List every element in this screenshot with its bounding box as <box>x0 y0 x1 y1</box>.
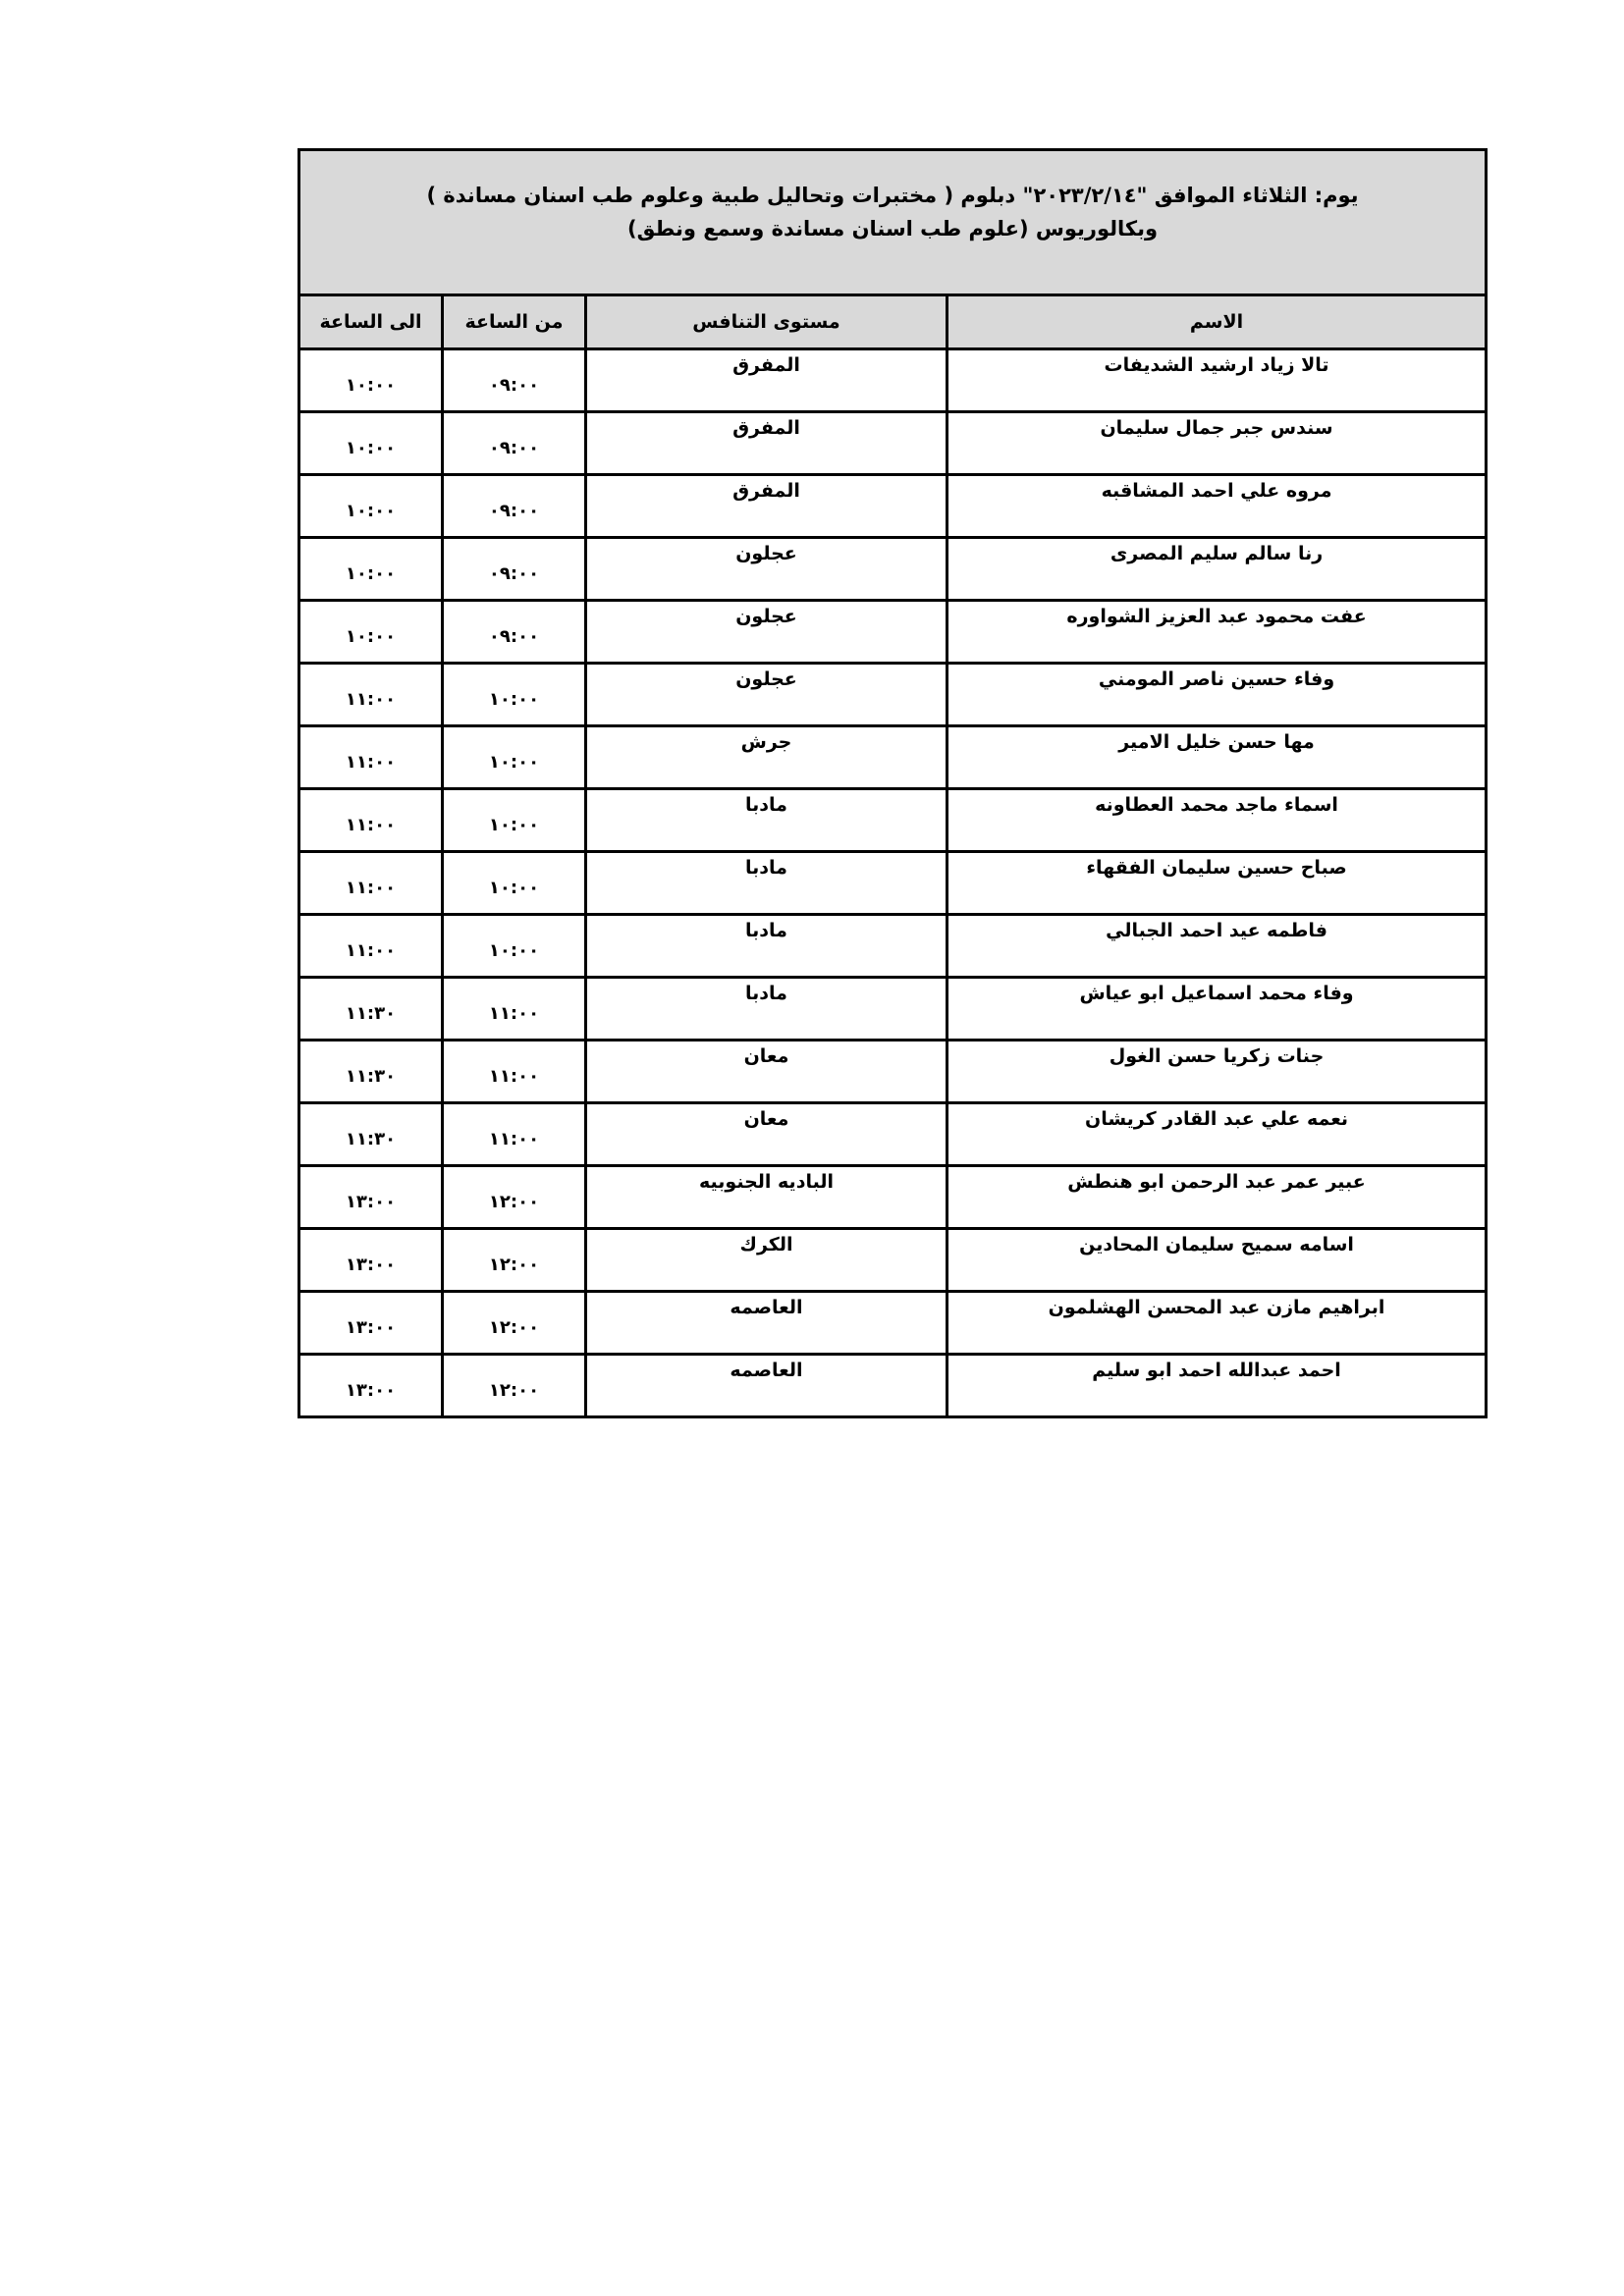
table-row: ١١:٠٠١٠:٠٠مادباصباح حسين سليمان الفقهاء <box>299 852 1487 915</box>
schedule-sheet: يوم: الثلاثاء الموافق "٢٠٢٣/٢/١٤" دبلوم … <box>298 148 1485 1418</box>
table-row: ١٠:٠٠٠٩:٠٠المفرقتالا زياد ارشيد الشديفات <box>299 349 1487 412</box>
name-cell: صباح حسين سليمان الفقهاء <box>947 852 1487 915</box>
to-time-cell: ١١:٣٠ <box>299 978 443 1041</box>
table-row: ١٣:٠٠١٢:٠٠الباديه الجنوبيهعبير عمر عبد ا… <box>299 1166 1487 1229</box>
from-time-cell: ١١:٠٠ <box>443 1103 586 1166</box>
to-time-cell: ١٣:٠٠ <box>299 1355 443 1417</box>
level-cell: الكرك <box>586 1229 947 1292</box>
level-cell: المفرق <box>586 475 947 538</box>
to-time-cell: ١٠:٠٠ <box>299 538 443 601</box>
level-cell: عجلون <box>586 664 947 726</box>
column-header-row: الى الساعة من الساعة مستوى التنافس الاسم <box>299 295 1487 349</box>
from-time-cell: ١٠:٠٠ <box>443 852 586 915</box>
name-cell: فاطمه عيد احمد الجبالي <box>947 915 1487 978</box>
from-time-cell: ١٠:٠٠ <box>443 789 586 852</box>
table-row: ١١:٠٠١٠:٠٠مادبافاطمه عيد احمد الجبالي <box>299 915 1487 978</box>
name-cell: اسماء ماجد محمد العطاونه <box>947 789 1487 852</box>
name-cell: ابراهيم مازن عبد المحسن الهشلمون <box>947 1292 1487 1355</box>
to-time-cell: ١٠:٠٠ <box>299 412 443 475</box>
from-time-cell: ١٢:٠٠ <box>443 1355 586 1417</box>
name-cell: وفاء محمد اسماعيل ابو عياش <box>947 978 1487 1041</box>
level-cell: معان <box>586 1103 947 1166</box>
from-time-cell: ٠٩:٠٠ <box>443 412 586 475</box>
to-time-cell: ١٣:٠٠ <box>299 1166 443 1229</box>
column-header-from: من الساعة <box>443 295 586 349</box>
from-time-cell: ٠٩:٠٠ <box>443 475 586 538</box>
table-row: ١٣:٠٠١٢:٠٠الكركاسامه سميح سليمان المحادي… <box>299 1229 1487 1292</box>
from-time-cell: ١٢:٠٠ <box>443 1229 586 1292</box>
table-row: ١١:٣٠١١:٠٠مادباوفاء محمد اسماعيل ابو عيا… <box>299 978 1487 1041</box>
to-time-cell: ١٠:٠٠ <box>299 475 443 538</box>
to-time-cell: ١١:٠٠ <box>299 664 443 726</box>
title-cell: يوم: الثلاثاء الموافق "٢٠٢٣/٢/١٤" دبلوم … <box>299 150 1487 295</box>
table-row: ١٣:٠٠١٢:٠٠العاصمهاحمد عبدالله احمد ابو س… <box>299 1355 1487 1417</box>
name-cell: عفت محمود عبد العزيز الشواوره <box>947 601 1487 664</box>
column-header-level: مستوى التنافس <box>586 295 947 349</box>
level-cell: مادبا <box>586 852 947 915</box>
level-cell: مادبا <box>586 915 947 978</box>
level-cell: المفرق <box>586 349 947 412</box>
from-time-cell: ٠٩:٠٠ <box>443 349 586 412</box>
name-cell: رنا سالم سليم المصرى <box>947 538 1487 601</box>
from-time-cell: ١١:٠٠ <box>443 978 586 1041</box>
table-row: ١١:٠٠١٠:٠٠مادبااسماء ماجد محمد العطاونه <box>299 789 1487 852</box>
title-line-2: وبكالوريوس (علوم طب اسنان مساندة وسمع ون… <box>340 212 1445 245</box>
table-row: ١١:٠٠١٠:٠٠عجلونوفاء حسين ناصر المومني <box>299 664 1487 726</box>
to-time-cell: ١١:٠٠ <box>299 726 443 789</box>
table-body: ١٠:٠٠٠٩:٠٠المفرقتالا زياد ارشيد الشديفات… <box>299 349 1487 1417</box>
level-cell: العاصمه <box>586 1355 947 1417</box>
name-cell: عبير عمر عبد الرحمن ابو هنطش <box>947 1166 1487 1229</box>
level-cell: الباديه الجنوبيه <box>586 1166 947 1229</box>
table-row: ١١:٠٠١٠:٠٠جرشمها حسن خليل الامير <box>299 726 1487 789</box>
level-cell: جرش <box>586 726 947 789</box>
title-line-1: يوم: الثلاثاء الموافق "٢٠٢٣/٢/١٤" دبلوم … <box>340 179 1445 212</box>
from-time-cell: ١٠:٠٠ <box>443 664 586 726</box>
level-cell: العاصمه <box>586 1292 947 1355</box>
name-cell: اسامه سميح سليمان المحادين <box>947 1229 1487 1292</box>
from-time-cell: ١٢:٠٠ <box>443 1166 586 1229</box>
to-time-cell: ١١:٠٠ <box>299 915 443 978</box>
to-time-cell: ١١:٣٠ <box>299 1103 443 1166</box>
level-cell: المفرق <box>586 412 947 475</box>
to-time-cell: ١١:٠٠ <box>299 852 443 915</box>
level-cell: مادبا <box>586 789 947 852</box>
title-row: يوم: الثلاثاء الموافق "٢٠٢٣/٢/١٤" دبلوم … <box>299 150 1487 295</box>
column-header-name: الاسم <box>947 295 1487 349</box>
from-time-cell: ٠٩:٠٠ <box>443 538 586 601</box>
to-time-cell: ١١:٣٠ <box>299 1041 443 1103</box>
level-cell: مادبا <box>586 978 947 1041</box>
to-time-cell: ١٣:٠٠ <box>299 1229 443 1292</box>
table-row: ١١:٣٠١١:٠٠معانجنات زكريا حسن الغول <box>299 1041 1487 1103</box>
from-time-cell: ١٠:٠٠ <box>443 726 586 789</box>
name-cell: احمد عبدالله احمد ابو سليم <box>947 1355 1487 1417</box>
table-row: ١٠:٠٠٠٩:٠٠المفرقمروه علي احمد المشاقبه <box>299 475 1487 538</box>
from-time-cell: ١٠:٠٠ <box>443 915 586 978</box>
name-cell: وفاء حسين ناصر المومني <box>947 664 1487 726</box>
level-cell: عجلون <box>586 538 947 601</box>
to-time-cell: ١٠:٠٠ <box>299 349 443 412</box>
level-cell: معان <box>586 1041 947 1103</box>
name-cell: مها حسن خليل الامير <box>947 726 1487 789</box>
name-cell: نعمه علي عبد القادر كريشان <box>947 1103 1487 1166</box>
to-time-cell: ١٣:٠٠ <box>299 1292 443 1355</box>
table-row: ١٠:٠٠٠٩:٠٠عجلونرنا سالم سليم المصرى <box>299 538 1487 601</box>
from-time-cell: ١٢:٠٠ <box>443 1292 586 1355</box>
name-cell: جنات زكريا حسن الغول <box>947 1041 1487 1103</box>
name-cell: سندس جبر جمال سليمان <box>947 412 1487 475</box>
schedule-table: يوم: الثلاثاء الموافق "٢٠٢٣/٢/١٤" دبلوم … <box>298 148 1488 1418</box>
from-time-cell: ٠٩:٠٠ <box>443 601 586 664</box>
level-cell: عجلون <box>586 601 947 664</box>
to-time-cell: ١١:٠٠ <box>299 789 443 852</box>
name-cell: مروه علي احمد المشاقبه <box>947 475 1487 538</box>
table-row: ١٣:٠٠١٢:٠٠العاصمهابراهيم مازن عبد المحسن… <box>299 1292 1487 1355</box>
table-row: ١٠:٠٠٠٩:٠٠المفرقسندس جبر جمال سليمان <box>299 412 1487 475</box>
name-cell: تالا زياد ارشيد الشديفات <box>947 349 1487 412</box>
table-row: ١٠:٠٠٠٩:٠٠عجلونعفت محمود عبد العزيز الشو… <box>299 601 1487 664</box>
column-header-to: الى الساعة <box>299 295 443 349</box>
from-time-cell: ١١:٠٠ <box>443 1041 586 1103</box>
to-time-cell: ١٠:٠٠ <box>299 601 443 664</box>
table-row: ١١:٣٠١١:٠٠معاننعمه علي عبد القادر كريشان <box>299 1103 1487 1166</box>
